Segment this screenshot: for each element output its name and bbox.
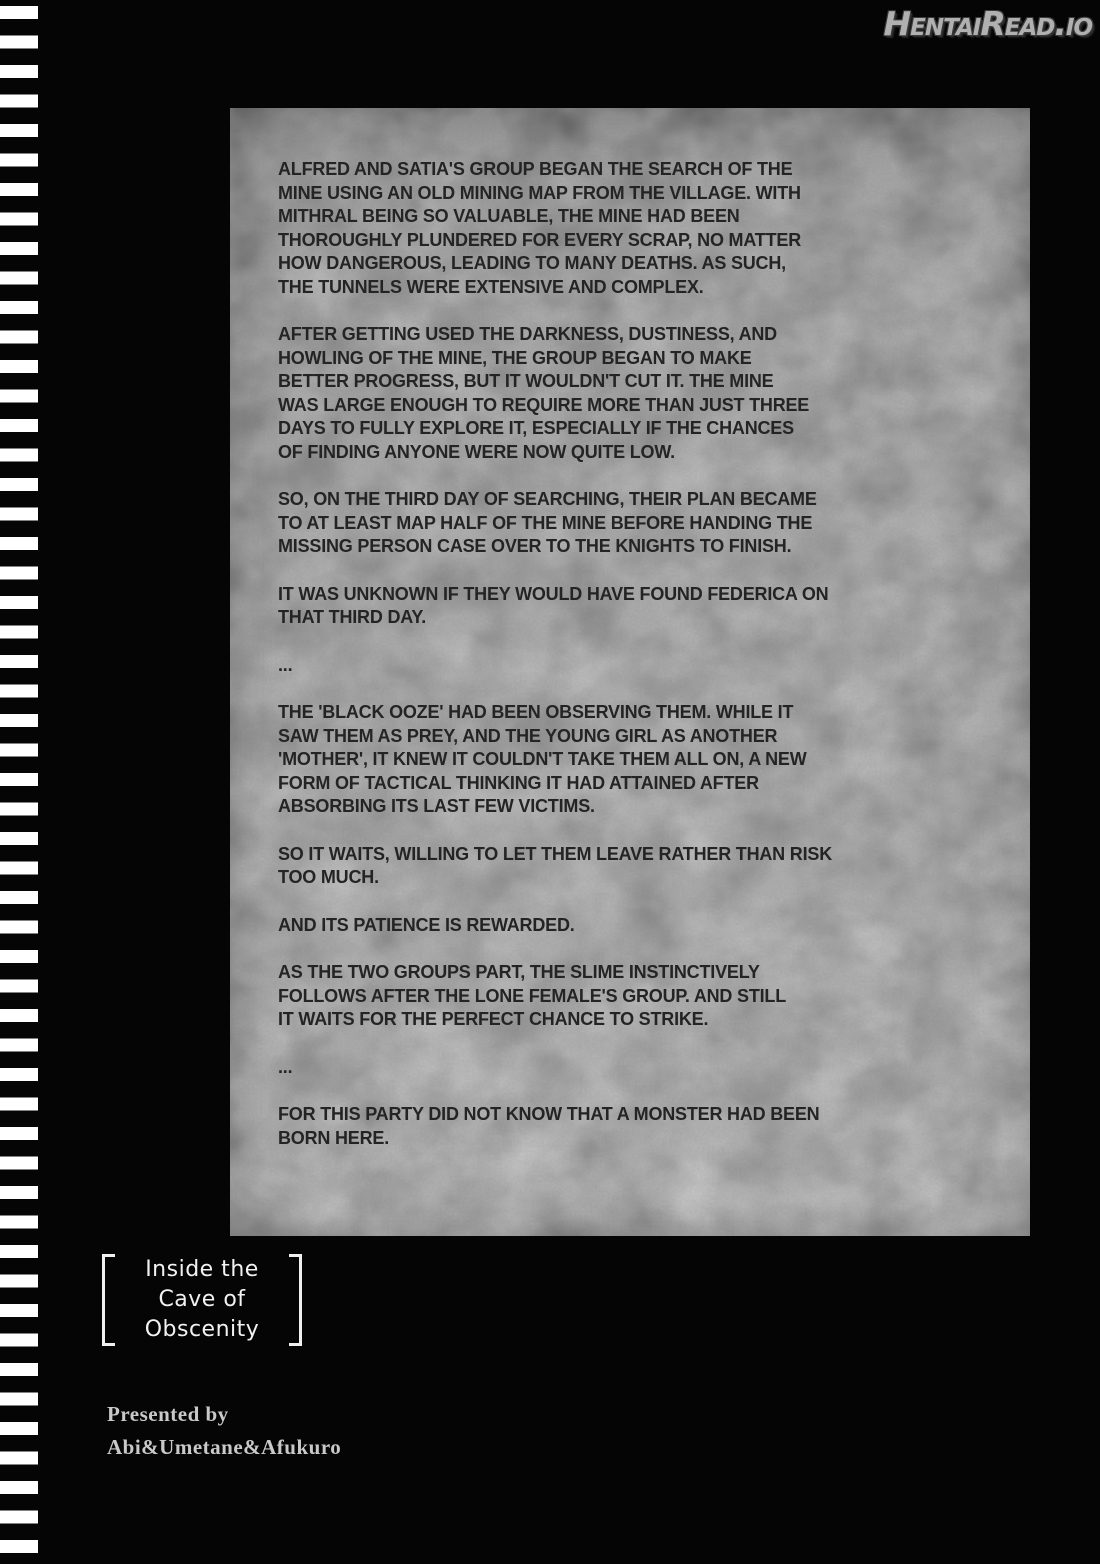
story-paragraph-2: AFTER GETTING USED THE DARKNESS, DUSTINE… xyxy=(278,323,990,464)
story-text: ALFRED AND SATIA'S GROUP BEGAN THE SEARC… xyxy=(230,108,1030,1150)
story-paragraph-5: THE 'BLACK OOZE' HAD BEEN OBSERVING THEM… xyxy=(278,701,990,819)
story-ellipsis-2: ... xyxy=(278,1056,990,1080)
site-watermark: HentaiRead.io xyxy=(884,4,1093,44)
story-paragraph-1: ALFRED AND SATIA'S GROUP BEGAN THE SEARC… xyxy=(278,158,990,299)
left-bracket-decoration xyxy=(102,1254,115,1346)
story-paragraph-4: IT WAS UNKNOWN IF THEY WOULD HAVE FOUND … xyxy=(278,583,990,630)
story-ellipsis-1: ... xyxy=(278,654,990,678)
right-bracket-decoration xyxy=(289,1254,302,1346)
series-title-block: Inside the Cave of Obscenity xyxy=(102,1254,302,1346)
story-paper: ALFRED AND SATIA'S GROUP BEGAN THE SEARC… xyxy=(230,108,1030,1236)
story-paragraph-6: SO IT WAITS, WILLING TO LET THEM LEAVE R… xyxy=(278,843,990,890)
story-paragraph-7: AND ITS PATIENCE IS REWARDED. xyxy=(278,914,990,938)
credits-block: Presented by Abi&Umetane&Afukuro xyxy=(107,1398,341,1464)
manga-page[interactable]: HentaiRead.io ALFRE xyxy=(0,0,1100,1564)
presented-by-label: Presented by xyxy=(107,1398,341,1431)
series-title: Inside the Cave of Obscenity xyxy=(131,1255,273,1345)
story-paragraph-9: FOR THIS PARTY DID NOT KNOW THAT A MONST… xyxy=(278,1103,990,1150)
credits-names: Abi&Umetane&Afukuro xyxy=(107,1431,341,1464)
film-strip-decoration xyxy=(0,6,38,1564)
story-paragraph-8: AS THE TWO GROUPS PART, THE SLIME INSTIN… xyxy=(278,961,990,1032)
story-paragraph-3: SO, ON THE THIRD DAY OF SEARCHING, THEIR… xyxy=(278,488,990,559)
